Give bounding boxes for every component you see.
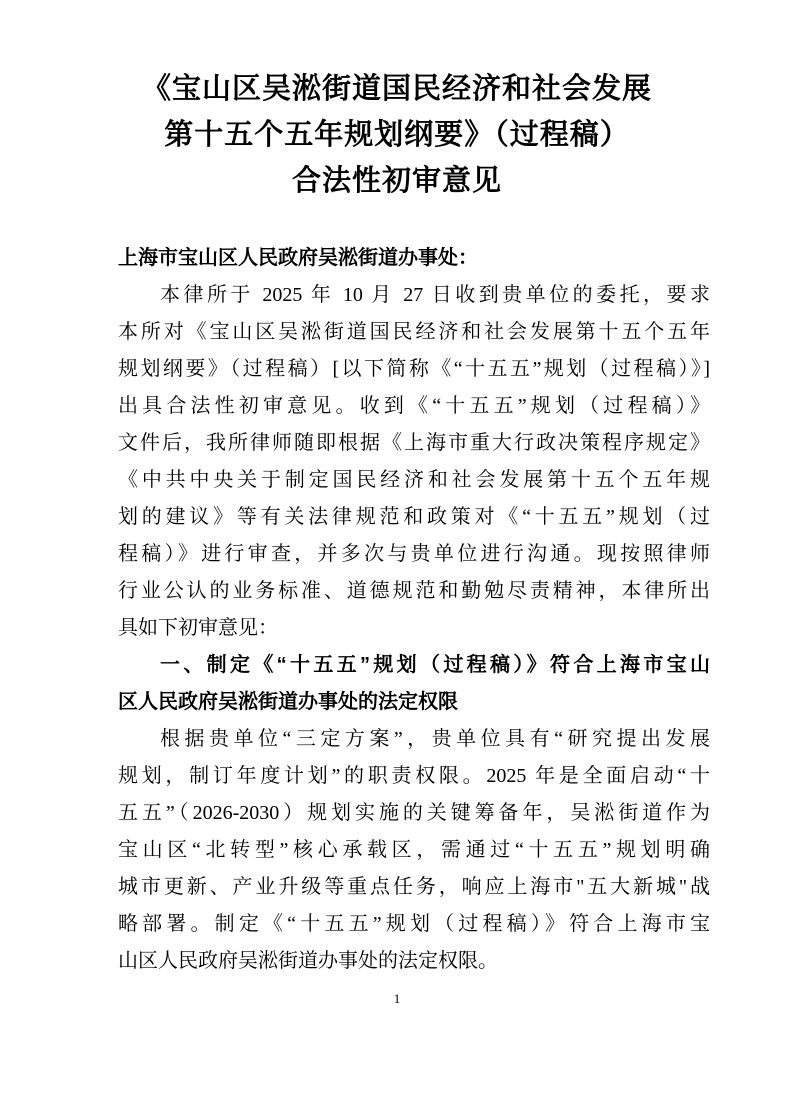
text-line: 出具合法性初审意见。收到《“十五五”规划（过程稿）》 xyxy=(118,388,710,425)
text-line: 本律所于 2025 年 10 月 27 日收到贵单位的委托，要求 xyxy=(118,277,710,314)
text-line: 城市更新、产业升级等重点任务，响应上海市"五大新城"战 xyxy=(118,869,710,906)
page-number: 1 xyxy=(394,991,401,1006)
text-line: 宝山区“北转型”核心承载区，需通过“十五五”规划明确 xyxy=(118,832,710,869)
text-line: 五五”（2026-2030）规划实施的关键筹备年，吴淞街道作为 xyxy=(118,795,710,832)
text-line: 一、制定《“十五五”规划（过程稿）》符合上海市宝山 xyxy=(118,647,710,684)
text-line: 山区人民政府吴淞街道办事处的法定权限。 xyxy=(118,943,710,980)
text-line: 合法性初审意见 xyxy=(0,158,794,204)
document-page: 《宝山区吴淞街道国民经济和社会发展第十五个五年规划纲要》（过程稿）合法性初审意见… xyxy=(0,0,794,1093)
document-title: 《宝山区吴淞街道国民经济和社会发展第十五个五年规划纲要》（过程稿）合法性初审意见 xyxy=(0,66,794,204)
document-body: 上海市宝山区人民政府吴淞街道办事处：本律所于 2025 年 10 月 27 日收… xyxy=(118,240,710,980)
text-line: 程稿）》进行审查，并多次与贵单位进行沟通。现按照律师 xyxy=(118,536,710,573)
text-line: 上海市宝山区人民政府吴淞街道办事处： xyxy=(118,240,710,277)
text-line: 规划，制订年度计划”的职责权限。2025 年是全面启动“十 xyxy=(118,758,710,795)
text-line: 《宝山区吴淞街道国民经济和社会发展 xyxy=(0,66,794,112)
text-line: 本所对《宝山区吴淞街道国民经济和社会发展第十五个五年 xyxy=(118,314,710,351)
text-line: 略部署。制定《“十五五”规划（过程稿）》符合上海市宝 xyxy=(118,906,710,943)
text-line: 具如下初审意见： xyxy=(118,610,710,647)
text-line: 根据贵单位“三定方案”，贵单位具有“研究提出发展 xyxy=(118,721,710,758)
text-line: 划的建议》等有关法律规范和政策对《“十五五”规划（过 xyxy=(118,499,710,536)
page-footer: 1 xyxy=(0,990,794,1008)
text-line: 《中共中央关于制定国民经济和社会发展第十五个五年规 xyxy=(118,462,710,499)
text-line: 行业公认的业务标准、道德规范和勤勉尽责精神，本律所出 xyxy=(118,573,710,610)
text-line: 规划纲要》（过程稿）[以下简称《“十五五”规划（过程稿）》] xyxy=(118,351,710,388)
text-line: 第十五个五年规划纲要》（过程稿） xyxy=(0,112,794,158)
text-line: 区人民政府吴淞街道办事处的法定权限 xyxy=(118,684,710,721)
text-line: 文件后，我所律师随即根据《上海市重大行政决策程序规定》 xyxy=(118,425,710,462)
